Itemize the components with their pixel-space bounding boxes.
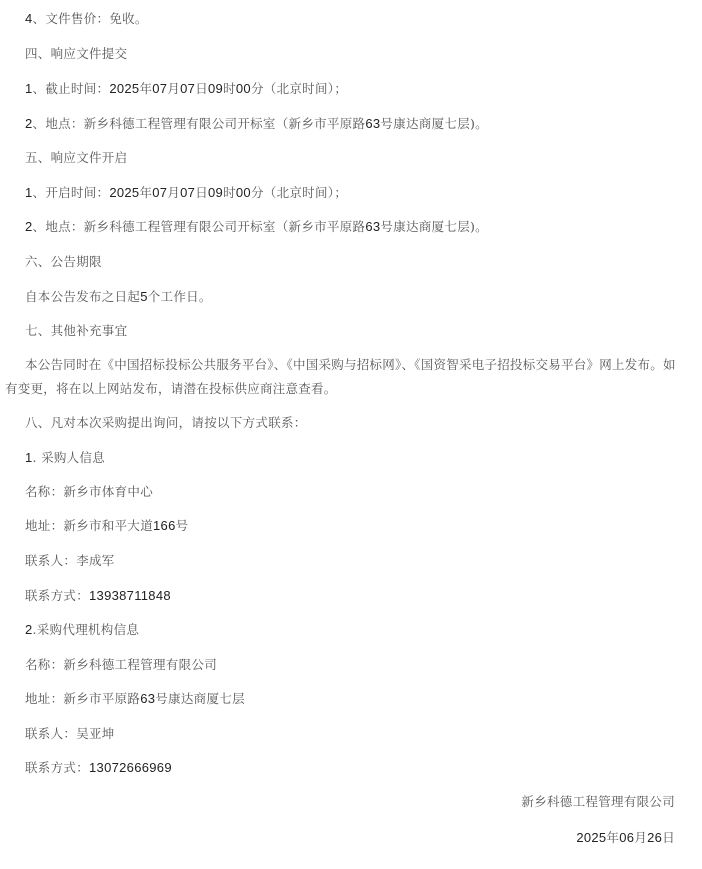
- opening-time-line: 1、开启时间：2025年07月07日09时00分（北京时间）；: [25, 185, 347, 201]
- section4-heading: 四、响应文件提交: [25, 46, 127, 62]
- opening-location-line: 2、地点：新乡科德工程管理有限公司开标室（新乡市平原路63号康达商厦七层)。: [25, 219, 488, 235]
- signature-company: 新乡科德工程管理有限公司: [521, 794, 675, 810]
- deadline-month: 07: [152, 81, 167, 96]
- agency-contact-line: 联系人：吴亚坤: [25, 726, 115, 742]
- purchaser-phone-line: 联系方式：13938711848: [25, 588, 171, 604]
- agency-name: 新乡科德工程管理有限公司: [63, 657, 217, 672]
- signature-date: 2025年06月26日: [576, 830, 675, 846]
- agency-info-heading: 2.采购代理机构信息: [25, 622, 139, 638]
- item-number: 2: [25, 219, 33, 234]
- agency-name-line: 名称：新乡科德工程管理有限公司: [25, 657, 217, 673]
- section6-heading: 六、公告期限: [25, 254, 102, 270]
- agency-address-line: 地址：新乡市平原路63号康达商厦七层: [25, 691, 245, 707]
- deadline-year: 2025: [109, 81, 139, 96]
- purchaser-contact-line: 联系人：李成军: [25, 553, 115, 569]
- purchaser-info-heading: 1. 采购人信息: [25, 450, 105, 466]
- item-number: 4: [25, 11, 33, 26]
- section7-body: 本公告同时在《中国招标投标公共服务平台》、《中国采购与招标网》、《国资智采电子招…: [5, 353, 680, 401]
- section5-heading: 五、响应文件开启: [25, 150, 127, 166]
- purchaser-phone: 13938711848: [89, 588, 171, 603]
- section7-heading: 七、其他补充事宜: [25, 323, 127, 339]
- period-days: 5: [140, 289, 148, 304]
- file-price-line: 4、文件售价：免收。: [25, 11, 148, 27]
- purchaser-name: 新乡市体育中心: [63, 484, 153, 499]
- deadline-day: 07: [180, 81, 195, 96]
- agency-phone-line: 联系方式：13072666969: [25, 760, 172, 776]
- deadline-hour: 09: [208, 81, 223, 96]
- item-number: 1: [25, 81, 33, 96]
- item-number: 1: [25, 185, 33, 200]
- purchaser-address-line: 地址：新乡市和平大道166号: [25, 518, 188, 534]
- purchaser-name-line: 名称：新乡市体育中心: [25, 484, 153, 500]
- agency-phone: 13072666969: [89, 760, 172, 775]
- deadline-minute: 00: [236, 81, 251, 96]
- announcement-period-line: 自本公告发布之日起5个工作日。: [25, 289, 212, 305]
- section8-heading: 八、凡对本次采购提出询问，请按以下方式联系：: [25, 415, 307, 431]
- submission-deadline-line: 1、截止时间：2025年07月07日09时00分（北京时间）；: [25, 81, 347, 97]
- agency-contact: 吴亚坤: [76, 726, 114, 741]
- file-price-text: 、文件售价：免收。: [33, 11, 148, 26]
- deadline-label: 、截止时间：: [33, 81, 110, 96]
- submission-location-line: 2、地点：新乡科德工程管理有限公司开标室（新乡市平原路63号康达商厦七层)。: [25, 116, 488, 132]
- purchaser-contact: 李成军: [76, 553, 114, 568]
- item-number: 2: [25, 116, 33, 131]
